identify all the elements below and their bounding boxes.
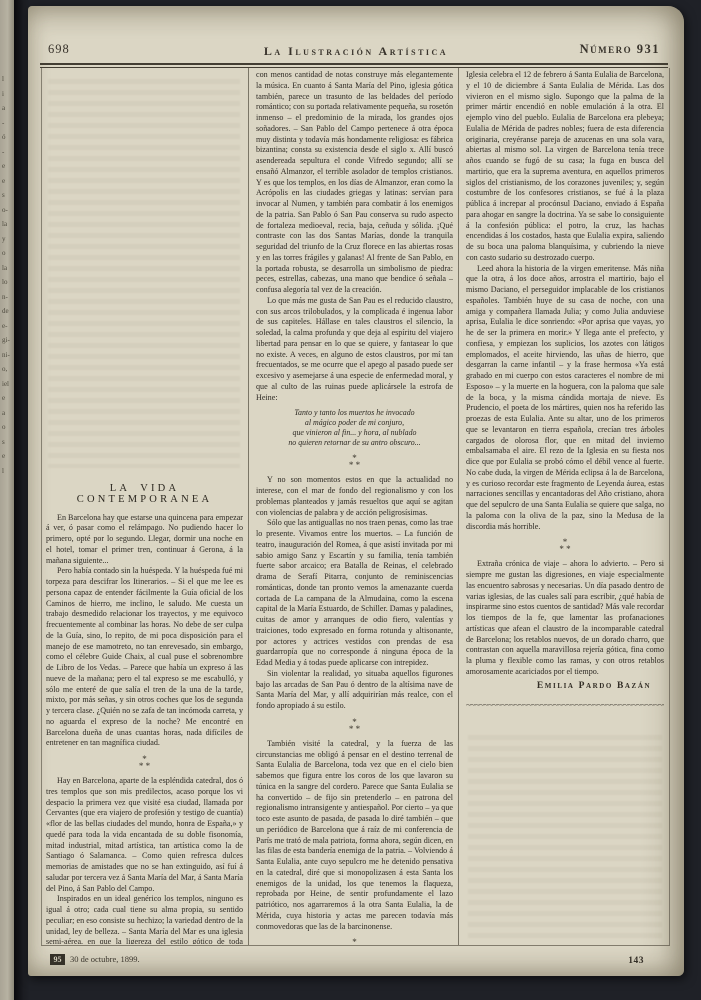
paragraph: Pero había contado sin la huéspeda. Y la… [46, 566, 243, 749]
paragraph: En Barcelona hay que estarse una quincen… [46, 513, 243, 567]
paragraph: Sólo que las antiguallas no nos traen pe… [256, 518, 453, 669]
paragraph: con menos cantidad de notas construye má… [256, 70, 453, 296]
column-divider-rule [458, 68, 459, 945]
column-middle: con menos cantidad de notas construye má… [256, 70, 453, 944]
paragraph: Inspirados en un ideal genérico los temp… [46, 894, 243, 944]
article-title: LA VIDA CONTEMPORANEA [46, 484, 243, 506]
footer-issue-badge: 95 [50, 954, 65, 965]
header-double-rule [40, 63, 668, 68]
column-divider-rule [248, 68, 249, 945]
facing-page-edge: l i a - ó - e e s o- la y o la lo n- de … [0, 0, 14, 1000]
paragraph: Iglesia celebra el 12 de febrero á Santa… [466, 70, 664, 264]
asterism-divider: * * * [46, 756, 243, 770]
asterism-divider: * * * [466, 539, 664, 553]
text-frame-right-rule [669, 68, 670, 945]
paragraph: Lo que más me gusta de San Pau es el red… [256, 296, 453, 404]
author-signature: Emilia Pardo Bazán [466, 681, 664, 692]
magazine-page: 698 La Ilustración Artística Número 931 … [28, 6, 684, 976]
paragraph: Hay en Barcelona, aparte de la espléndid… [46, 776, 243, 894]
column-right: Iglesia celebra el 12 de febrero á Santa… [466, 70, 664, 944]
wavy-end-rule: ~~~~~~~~~~~~~~~~~~~~~~~~~~~~~~~~~~~~~~~~… [466, 700, 664, 711]
asterism-divider: * * * [256, 939, 453, 944]
asterism-divider: * * * [256, 719, 453, 733]
column-left: LA VIDA CONTEMPORANEAEn Barcelona hay qu… [46, 70, 243, 944]
paragraph: Extraña crónica de viaje – ahora lo advi… [466, 559, 664, 677]
paragraph: Sin violentar la realidad, yo situaba aq… [256, 669, 453, 712]
text-frame-left-rule [41, 68, 42, 945]
asterism-divider: * * * [256, 455, 453, 469]
facing-page-text-fragments: l i a - ó - e e s o- la y o la lo n- de … [2, 72, 14, 478]
footer-date: 30 de octubre, 1899. [70, 954, 140, 964]
header-issue-number: Número 931 [580, 42, 660, 57]
paragraph: Y no son momentos estos en que la actual… [256, 475, 453, 518]
text-frame-bottom-rule [41, 945, 670, 946]
footer-page-number: 143 [628, 956, 644, 966]
paragraph: También visité la catedral, y la fuerza … [256, 739, 453, 933]
verse-quote: Tanto y tanto los muertos he invocado al… [256, 408, 453, 448]
paragraph: Leed ahora la historia de la virgen emer… [466, 264, 664, 533]
